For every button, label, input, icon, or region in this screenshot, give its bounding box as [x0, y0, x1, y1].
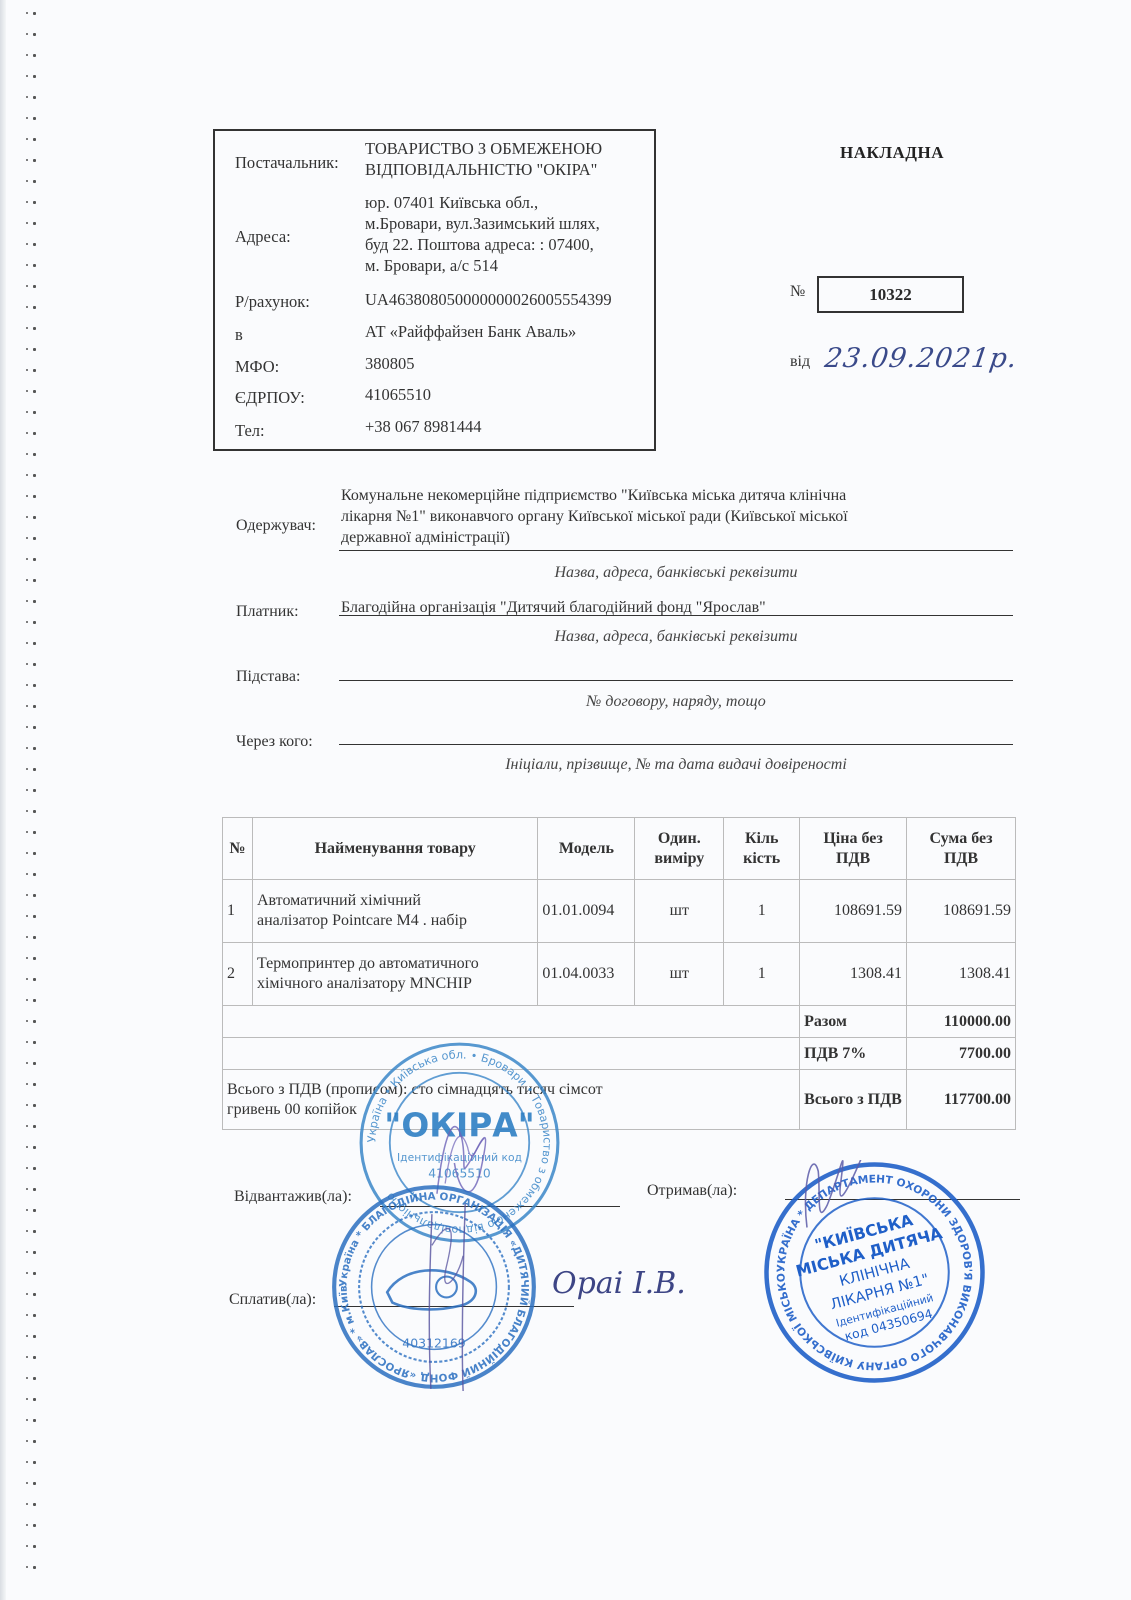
header-unit-line: Один.	[658, 830, 701, 847]
row-sum: 108691.59	[907, 880, 1016, 943]
row-unit: шт	[635, 943, 724, 1006]
basis-label: Підстава:	[236, 668, 300, 686]
row-model: 01.01.0094	[538, 880, 635, 943]
charity-foundation-stamp: Україна * БЛАГОДІЙНА ОРГАНІЗАЦІЯ «ДИТЯЧИ…	[330, 1183, 538, 1391]
address-line: м.Бровари, вул.Зазимський шлях,	[365, 214, 600, 234]
table-row: 1 Автоматичний хімічнийаналізатор Pointc…	[223, 880, 1016, 943]
total-value: 117700.00	[907, 1070, 1016, 1130]
header-sum-line: Сума без	[929, 830, 992, 847]
received-label: Отримав(ла):	[647, 1182, 737, 1200]
vat-value: 7700.00	[907, 1038, 1016, 1070]
subtotal-row: Разом 110000.00	[223, 1006, 1016, 1038]
date-label: від	[790, 353, 810, 371]
number-label: №	[790, 283, 805, 301]
row-name-line: Автоматичний хімічний	[257, 892, 421, 909]
header-name: Найменування товару	[252, 818, 537, 880]
mfo-value: 380805	[365, 354, 415, 374]
header-no: №	[223, 818, 253, 880]
svg-text:Україна * БЛАГОДІЙНА ОРГАНІЗАЦ: Україна * БЛАГОДІЙНА ОРГАНІЗАЦІЯ «ДИТЯЧИ…	[338, 1191, 531, 1384]
paid-handwritten-name: Ораі І.В.	[552, 1266, 686, 1301]
via-caption: Ініціали, прізвище, № та дата видачі дов…	[339, 756, 1013, 774]
bank-value: АТ «Райффайзен Банк Аваль»	[365, 322, 576, 342]
row-name: Термопринтер до автоматичногохімічного а…	[252, 943, 537, 1006]
phone-value: +38 067 8981444	[365, 417, 482, 437]
scan-edge-shadow	[0, 0, 6, 1600]
total-label: Всього з ПДВ	[800, 1070, 907, 1130]
payer-caption: Назва, адреса, банківські реквізити	[339, 628, 1013, 646]
svg-text:Ідентифікаційний код: Ідентифікаційний код	[397, 1151, 522, 1164]
table-header-row: № Найменування товару Модель Один.виміру…	[223, 818, 1016, 880]
svg-text:40312169: 40312169	[402, 1335, 466, 1350]
recipient-line: Комунальне некомерційне підприємство "Ки…	[341, 486, 846, 507]
row-no: 2	[223, 943, 253, 1006]
address-line: м. Бровари, а/с 514	[365, 256, 498, 276]
row-name-line: Термопринтер до автоматичного	[257, 955, 479, 972]
vat-row: ПДВ 7% 7700.00	[223, 1038, 1016, 1070]
via-underline	[339, 744, 1013, 745]
row-sum: 1308.41	[907, 943, 1016, 1006]
header-model: Модель	[538, 818, 635, 880]
header-price-line: ПДВ	[836, 850, 870, 867]
edrpou-label: ЄДРПОУ:	[235, 388, 305, 408]
account-value: UA463808050000000026005554399	[365, 290, 612, 310]
charity-stamp-graphic: Україна * БЛАГОДІЙНА ОРГАНІЗАЦІЯ «ДИТЯЧИ…	[330, 1183, 538, 1391]
via-label: Через кого:	[236, 733, 313, 751]
payer-label: Платник:	[236, 603, 299, 621]
document-title: НАКЛАДНА	[840, 143, 944, 163]
perforation-marks	[26, 12, 42, 1592]
header-sum: Сума безПДВ	[907, 818, 1016, 880]
mfo-label: МФО:	[235, 357, 279, 377]
row-name: Автоматичний хімічнийаналізатор Pointcar…	[252, 880, 537, 943]
invoice-page: Постачальник: ТОВАРИСТВО З ОБМЕЖЕНОЮ ВІД…	[0, 0, 1131, 1600]
total-words-line: гривень 00 копійок	[227, 1101, 357, 1118]
subtotal-label: Разом	[800, 1006, 907, 1038]
edrpou-value: 41065510	[365, 385, 431, 405]
recipient-underline	[339, 550, 1013, 551]
recipient-line: державної адміністрації)	[341, 528, 510, 549]
recipient-line: лікарня №1" виконавчого органу Київської…	[341, 507, 848, 528]
recipient-caption: Назва, адреса, банківські реквізити	[339, 564, 1013, 582]
header-unit-line: виміру	[654, 850, 704, 867]
hospital-stamp-graphic: УКРАЇНА * ДЕПАРТАМЕНТ ОХОРОНИ ЗДОРОВ'Я В…	[762, 1160, 987, 1385]
header-qty: Кількість	[724, 818, 800, 880]
row-unit: шт	[635, 880, 724, 943]
subtotal-value: 110000.00	[907, 1006, 1016, 1038]
basis-caption: № договору, наряду, тощо	[339, 693, 1013, 711]
row-price: 108691.59	[800, 880, 907, 943]
supplier-details-box: Постачальник: ТОВАРИСТВО З ОБМЕЖЕНОЮ ВІД…	[213, 129, 656, 451]
subtotal-spacer	[223, 1006, 800, 1038]
row-name-line: хімічного аналізатору MNCHIP	[257, 975, 472, 992]
supplier-label: Постачальник:	[235, 153, 339, 173]
table-row: 2 Термопринтер до автоматичногохімічного…	[223, 943, 1016, 1006]
header-sum-line: ПДВ	[944, 850, 978, 867]
header-unit: Один.виміру	[635, 818, 724, 880]
invoice-number: 10322	[817, 276, 964, 313]
row-no: 1	[223, 880, 253, 943]
supplier-name-line1: ТОВАРИСТВО З ОБМЕЖЕНОЮ	[365, 139, 602, 159]
paid-label: Сплатив(ла):	[229, 1291, 316, 1309]
row-price: 1308.41	[800, 943, 907, 1006]
phone-label: Тел:	[235, 421, 265, 441]
account-label: Р/рахунок:	[235, 292, 310, 312]
row-qty: 1	[724, 880, 800, 943]
total-row: Всього з ПДВ (прописом): сто сімнадцять …	[223, 1070, 1016, 1130]
row-model: 01.04.0033	[538, 943, 635, 1006]
supplier-name-line2: ВІДПОВІДАЛЬНІСТЮ "ОКІРА"	[365, 160, 597, 180]
row-qty: 1	[724, 943, 800, 1006]
header-price: Ціна безПДВ	[800, 818, 907, 880]
svg-text:"ОКІРА": "ОКІРА"	[384, 1106, 535, 1144]
goods-table: № Найменування товару Модель Один.виміру…	[222, 817, 1016, 1130]
address-label: Адреса:	[235, 227, 291, 247]
row-name-line: аналізатор Pointcare M4 . набір	[257, 912, 467, 929]
header-qty-line: кість	[743, 850, 780, 867]
recipient-label: Одержувач:	[236, 517, 316, 535]
header-qty-line: Кіль	[745, 830, 778, 847]
hospital-recipient-stamp: УКРАЇНА * ДЕПАРТАМЕНТ ОХОРОНИ ЗДОРОВ'Я В…	[762, 1160, 987, 1385]
address-line: юр. 07401 Київська обл.,	[365, 193, 538, 213]
bank-label: в	[235, 325, 243, 345]
address-line: буд 22. Поштова адреса: : 07400,	[365, 235, 594, 255]
basis-underline	[339, 680, 1013, 681]
vat-label: ПДВ 7%	[800, 1038, 907, 1070]
handwritten-date: 23.09.2021р.	[823, 343, 1020, 374]
header-price-line: Ціна без	[823, 830, 882, 847]
payer-underline	[339, 615, 1013, 616]
